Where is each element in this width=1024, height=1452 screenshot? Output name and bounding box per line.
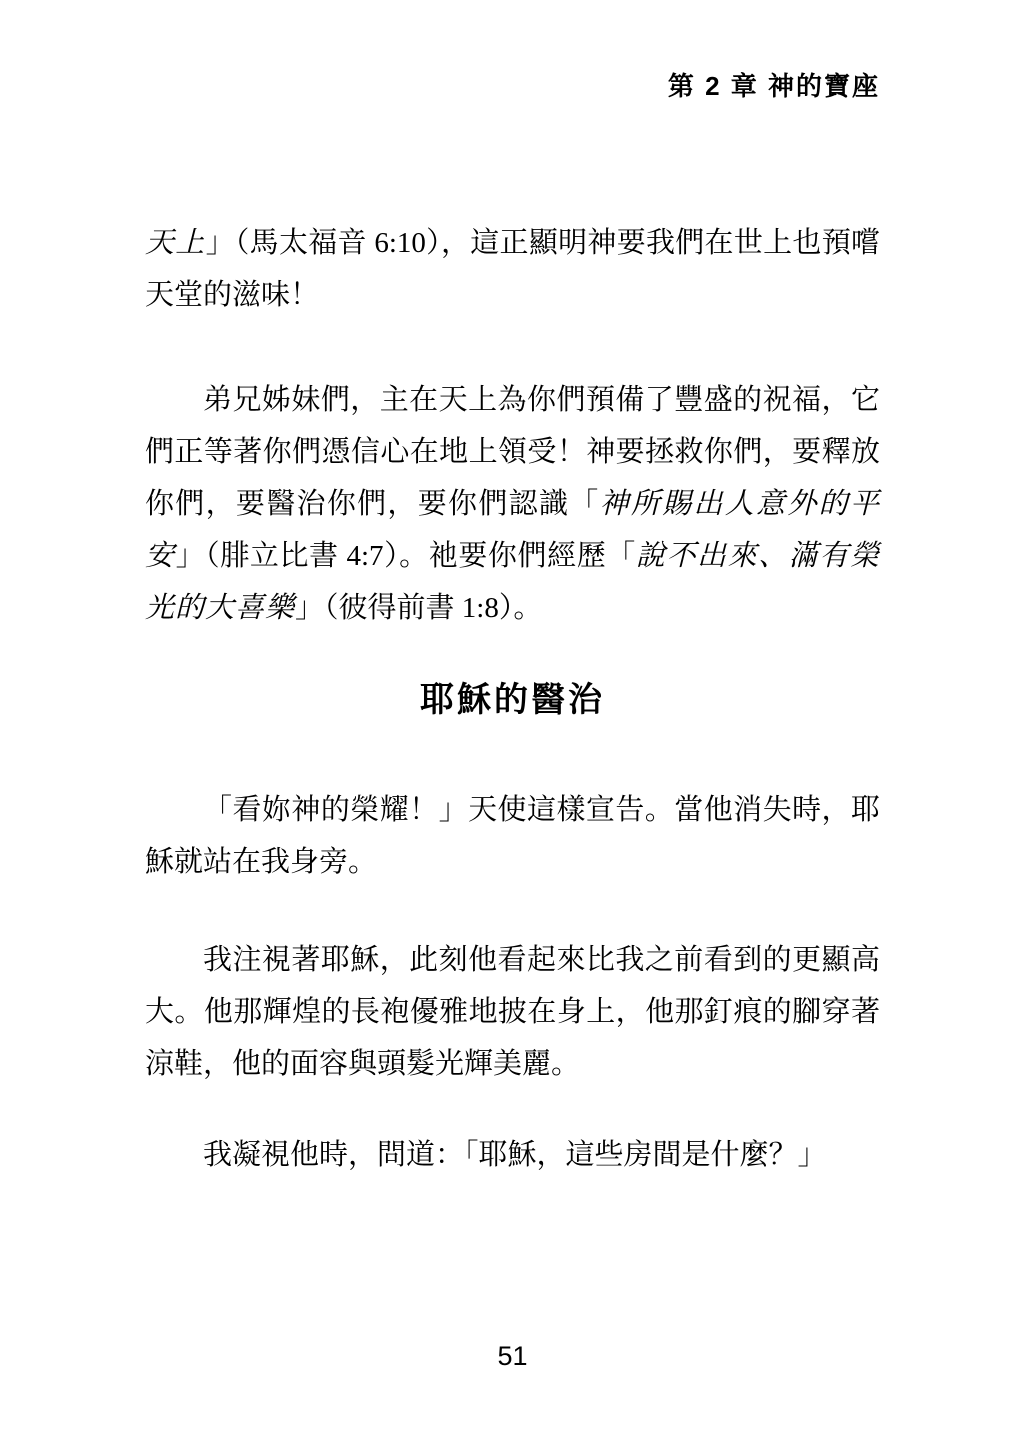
body-text: 」（馬太福音 6:10），這正顯明神要我們在世上也預嚐天堂的滋味！ [145, 227, 880, 311]
section-heading: 耶穌的醫治 [145, 679, 880, 723]
scripture-quote: 天上 [145, 227, 206, 259]
paragraph-2: 弟兄姊妹們，主在天上為你們預備了豐盛的祝福，它們正等著你們憑信心在地上領受！神要… [145, 374, 880, 634]
document-page: 第 2 章 神的寶座 天上」（馬太福音 6:10），這正顯明神要我們在世上也預嚐… [0, 0, 1024, 1452]
page-number: 51 [145, 1340, 880, 1372]
running-header: 第 2 章 神的寶座 [145, 70, 880, 102]
paragraph-5: 我凝視他時，問道：「耶穌，這些房間是什麼？」 [145, 1129, 880, 1181]
paragraph-4: 我注視著耶穌，此刻他看起來比我之前看到的更顯高大。他那輝煌的長袍優雅地披在身上，… [145, 934, 880, 1090]
body-text: 」（腓立比書 4:7）。祂要你們經歷「 [176, 540, 636, 572]
paragraph-1: 天上」（馬太福音 6:10），這正顯明神要我們在世上也預嚐天堂的滋味！ [145, 217, 880, 321]
body-text: 」（彼得前書 1:8）。 [295, 592, 542, 624]
paragraph-3: 「看妳神的榮耀！」天使這樣宣告。當他消失時，耶穌就站在我身旁。 [145, 784, 880, 888]
